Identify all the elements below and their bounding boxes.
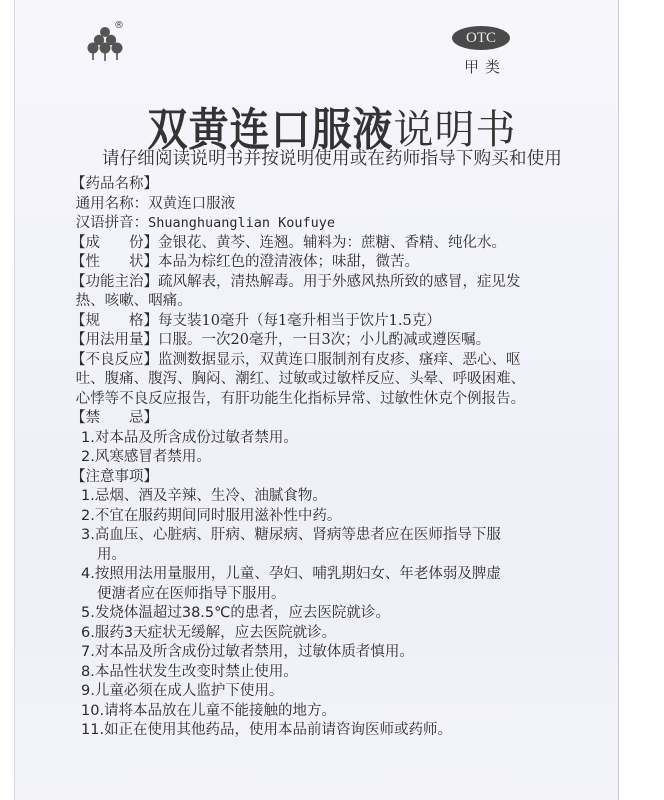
precaution-item-continuation: 便溏者应在医师指导下服用。 [71,585,601,605]
insert-body: 【药品名称】 通用名称：双黄连口服液 汉语拼音：Shuanghuanglian … [71,175,601,741]
item-text: 发烧体温超过38.5℃的患者，应去医院就诊。 [95,605,390,621]
section-heading-contraindications: 【禁 忌】 [71,409,601,429]
item-text: 服药3天症状无缓解，应去医院就诊。 [95,625,336,641]
item-number: 5. [81,604,95,624]
adverse-reactions-text-1: 监测数据显示，双黄连口服制剂有皮疹、瘙痒、恶心、呕 [158,352,521,368]
item-text: 按照用法用量服用，儿童、孕妇、哺乳期妇女、年老体弱及脾虚 [95,566,501,582]
ingredients-row: 【成 份】金银花、黄芩、连翘。辅料为：蔗糖、香精、纯化水。 [71,234,601,254]
generic-name-row: 通用名称：双黄连口服液 [71,195,601,215]
precaution-item: 5.发烧体温超过38.5℃的患者，应去医院就诊。 [71,604,601,624]
precaution-item: 11.如正在使用其他药品，使用本品前请咨询医师或药师。 [71,721,601,741]
adverse-reactions-label: 【不良反应】 [71,352,158,368]
item-text: 忌烟、酒及辛辣、生冷、油腻食物。 [95,488,327,504]
adverse-reactions-continuation-1: 吐、腹痛、腹泻、胸闷、潮红、过敏或过敏样反应、头晕、呼吸困难、 [71,370,601,390]
dosage-row: 【用法用量】口服。一次20毫升，一日3次；小儿酌减或遵医嘱。 [71,331,601,351]
item-number: 10. [81,702,104,722]
item-text: 儿童必须在成人监护下使用。 [95,683,284,699]
adverse-reactions-text-2: 吐、腹痛、腹泻、胸闷、潮红、过敏或过敏样反应、头晕、呼吸困难、 [76,371,526,387]
precaution-item: 2.不宜在服药期间同时服用滋补性中药。 [71,507,601,527]
contraindication-item: 1.对本品及所含成份过敏者禁用。 [71,429,601,449]
item-number: 11. [81,721,104,741]
adverse-reactions-row: 【不良反应】监测数据显示，双黄连口服制剂有皮疹、瘙痒、恶心、呕 [71,351,601,371]
adverse-reactions-continuation-2: 心悸等不良反应报告，有肝功能生化指标异常、过敏性休克个例报告。 [71,390,601,410]
section-heading-drug-name: 【药品名称】 [71,175,601,195]
item-number: 7. [81,643,95,663]
indications-label: 【功能主治】 [71,274,158,290]
adverse-reactions-text-3: 心悸等不良反应报告，有肝功能生化指标异常、过敏性休克个例报告。 [76,391,526,407]
ingredients-label: 【成 份】 [71,235,158,251]
pinyin-row: 汉语拼音：Shuanghuanglian Koufuye [71,214,601,234]
otc-class-label: 甲类 [464,56,506,77]
ingredients-text: 金银花、黄芩、连翘。辅料为：蔗糖、香精、纯化水。 [158,235,506,251]
item-number: 6. [81,624,95,644]
pinyin-value: Shuanghuanglian Koufuye [148,215,335,231]
item-number: 8. [81,663,95,683]
precaution-item-continuation: 用。 [71,546,601,566]
contraindication-item: 2.风寒感冒者禁用。 [71,448,601,468]
indications-continuation: 热、咳嗽、咽痛。 [71,292,601,312]
precaution-item: 1.忌烟、酒及辛辣、生冷、油腻食物。 [71,487,601,507]
generic-name-value: 双黄连口服液 [148,196,235,212]
precaution-item: 6.服药3天症状无缓解，应去医院就诊。 [71,624,601,644]
item-text: 如正在使用其他药品，使用本品前请咨询医师或药师。 [104,722,452,738]
item-number: 1. [81,429,95,449]
item-text: 对本品及所含成份过敏者禁用，过敏体质者慎用。 [95,644,414,660]
item-text: 高血压、心脏病、肝病、糖尿病、肾病等患者应在医师指导下服 [95,527,501,543]
tree-cluster-logo-icon [85,26,125,62]
description-row: 【性 状】本品为棕红色的澄清液体；味甜，微苦。 [71,253,601,273]
precaution-item: 8.本品性状发生改变时禁止使用。 [71,663,601,683]
item-text: 不宜在服药期间同时服用滋补性中药。 [95,508,342,524]
description-text: 本品为棕红色的澄清液体；味甜，微苦。 [158,254,419,270]
precaution-item: 3.高血压、心脏病、肝病、糖尿病、肾病等患者应在医师指导下服 [71,526,601,546]
item-text: 对本品及所含成份过敏者禁用。 [95,430,298,446]
reading-instruction: 请仔细阅读说明书并按说明使用或在药师指导下购买和使用 [0,145,664,170]
specification-row: 【规 格】每支装10毫升（每1毫升相当于饮片1.5克） [71,312,601,332]
description-label: 【性 状】 [71,254,158,270]
indications-text-1: 疏风解表，清热解毒。用于外感风热所致的感冒，症见发 [158,274,521,290]
item-text: 请将本品放在儿童不能接触的地方。 [104,703,336,719]
otc-badge: OTC [452,26,510,50]
precaution-item: 4.按照用法用量服用，儿童、孕妇、哺乳期妇女、年老体弱及脾虚 [71,565,601,585]
indications-text-2: 热、咳嗽、咽痛。 [76,293,192,309]
item-number: 3. [81,526,95,546]
registered-mark: ® [114,20,124,31]
indications-row: 【功能主治】疏风解表，清热解毒。用于外感风热所致的感冒，症见发 [71,273,601,293]
item-text: 风寒感冒者禁用。 [95,449,211,465]
dosage-label: 【用法用量】 [71,332,158,348]
item-text: 本品性状发生改变时禁止使用。 [95,664,298,680]
item-number: 2. [81,448,95,468]
item-number: 9. [81,682,95,702]
item-number: 1. [81,487,95,507]
precaution-item: 9.儿童必须在成人监护下使用。 [71,682,601,702]
precaution-item: 7.对本品及所含成份过敏者禁用，过敏体质者慎用。 [71,643,601,663]
item-number: 2. [81,507,95,527]
specification-text: 每支装10毫升（每1毫升相当于饮片1.5克） [158,313,441,329]
specification-label: 【规 格】 [71,313,158,329]
item-number: 4. [81,565,95,585]
pinyin-label: 汉语拼音： [76,215,149,231]
section-heading-precautions: 【注意事项】 [71,468,601,488]
dosage-text: 口服。一次20毫升，一日3次；小儿酌减或遵医嘱。 [158,332,490,348]
precaution-item: 10.请将本品放在儿童不能接触的地方。 [71,702,601,722]
generic-name-label: 通用名称： [76,196,149,212]
